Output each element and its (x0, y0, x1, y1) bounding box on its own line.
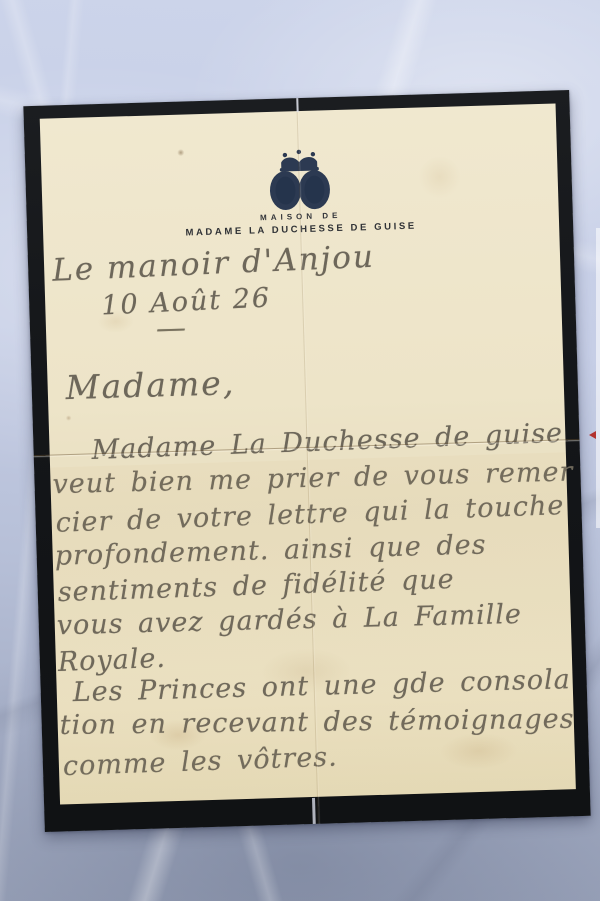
date-underline-dash: — (155, 311, 186, 347)
handwritten-line: comme les vôtres. (62, 742, 338, 783)
red-speck (589, 431, 596, 439)
handwritten-line: Royale. (57, 643, 166, 678)
handwritten-date-line: 10 Août 26 (101, 283, 272, 322)
photo-edge-strip (596, 228, 600, 528)
handwritten-line: tion en recevant des témoignages (60, 704, 575, 741)
photo-background: MAISON DE MADAME LA DUCHESSE DE GUISE Le… (0, 0, 600, 901)
top-fold-notch (296, 98, 298, 112)
handwritten-place-line: Le manoir d'Anjou (51, 239, 375, 289)
bottom-fold-notch (312, 798, 316, 824)
salutation-line: Madame, (65, 363, 236, 407)
mourning-letter: MAISON DE MADAME LA DUCHESSE DE GUISE Le… (23, 90, 590, 832)
